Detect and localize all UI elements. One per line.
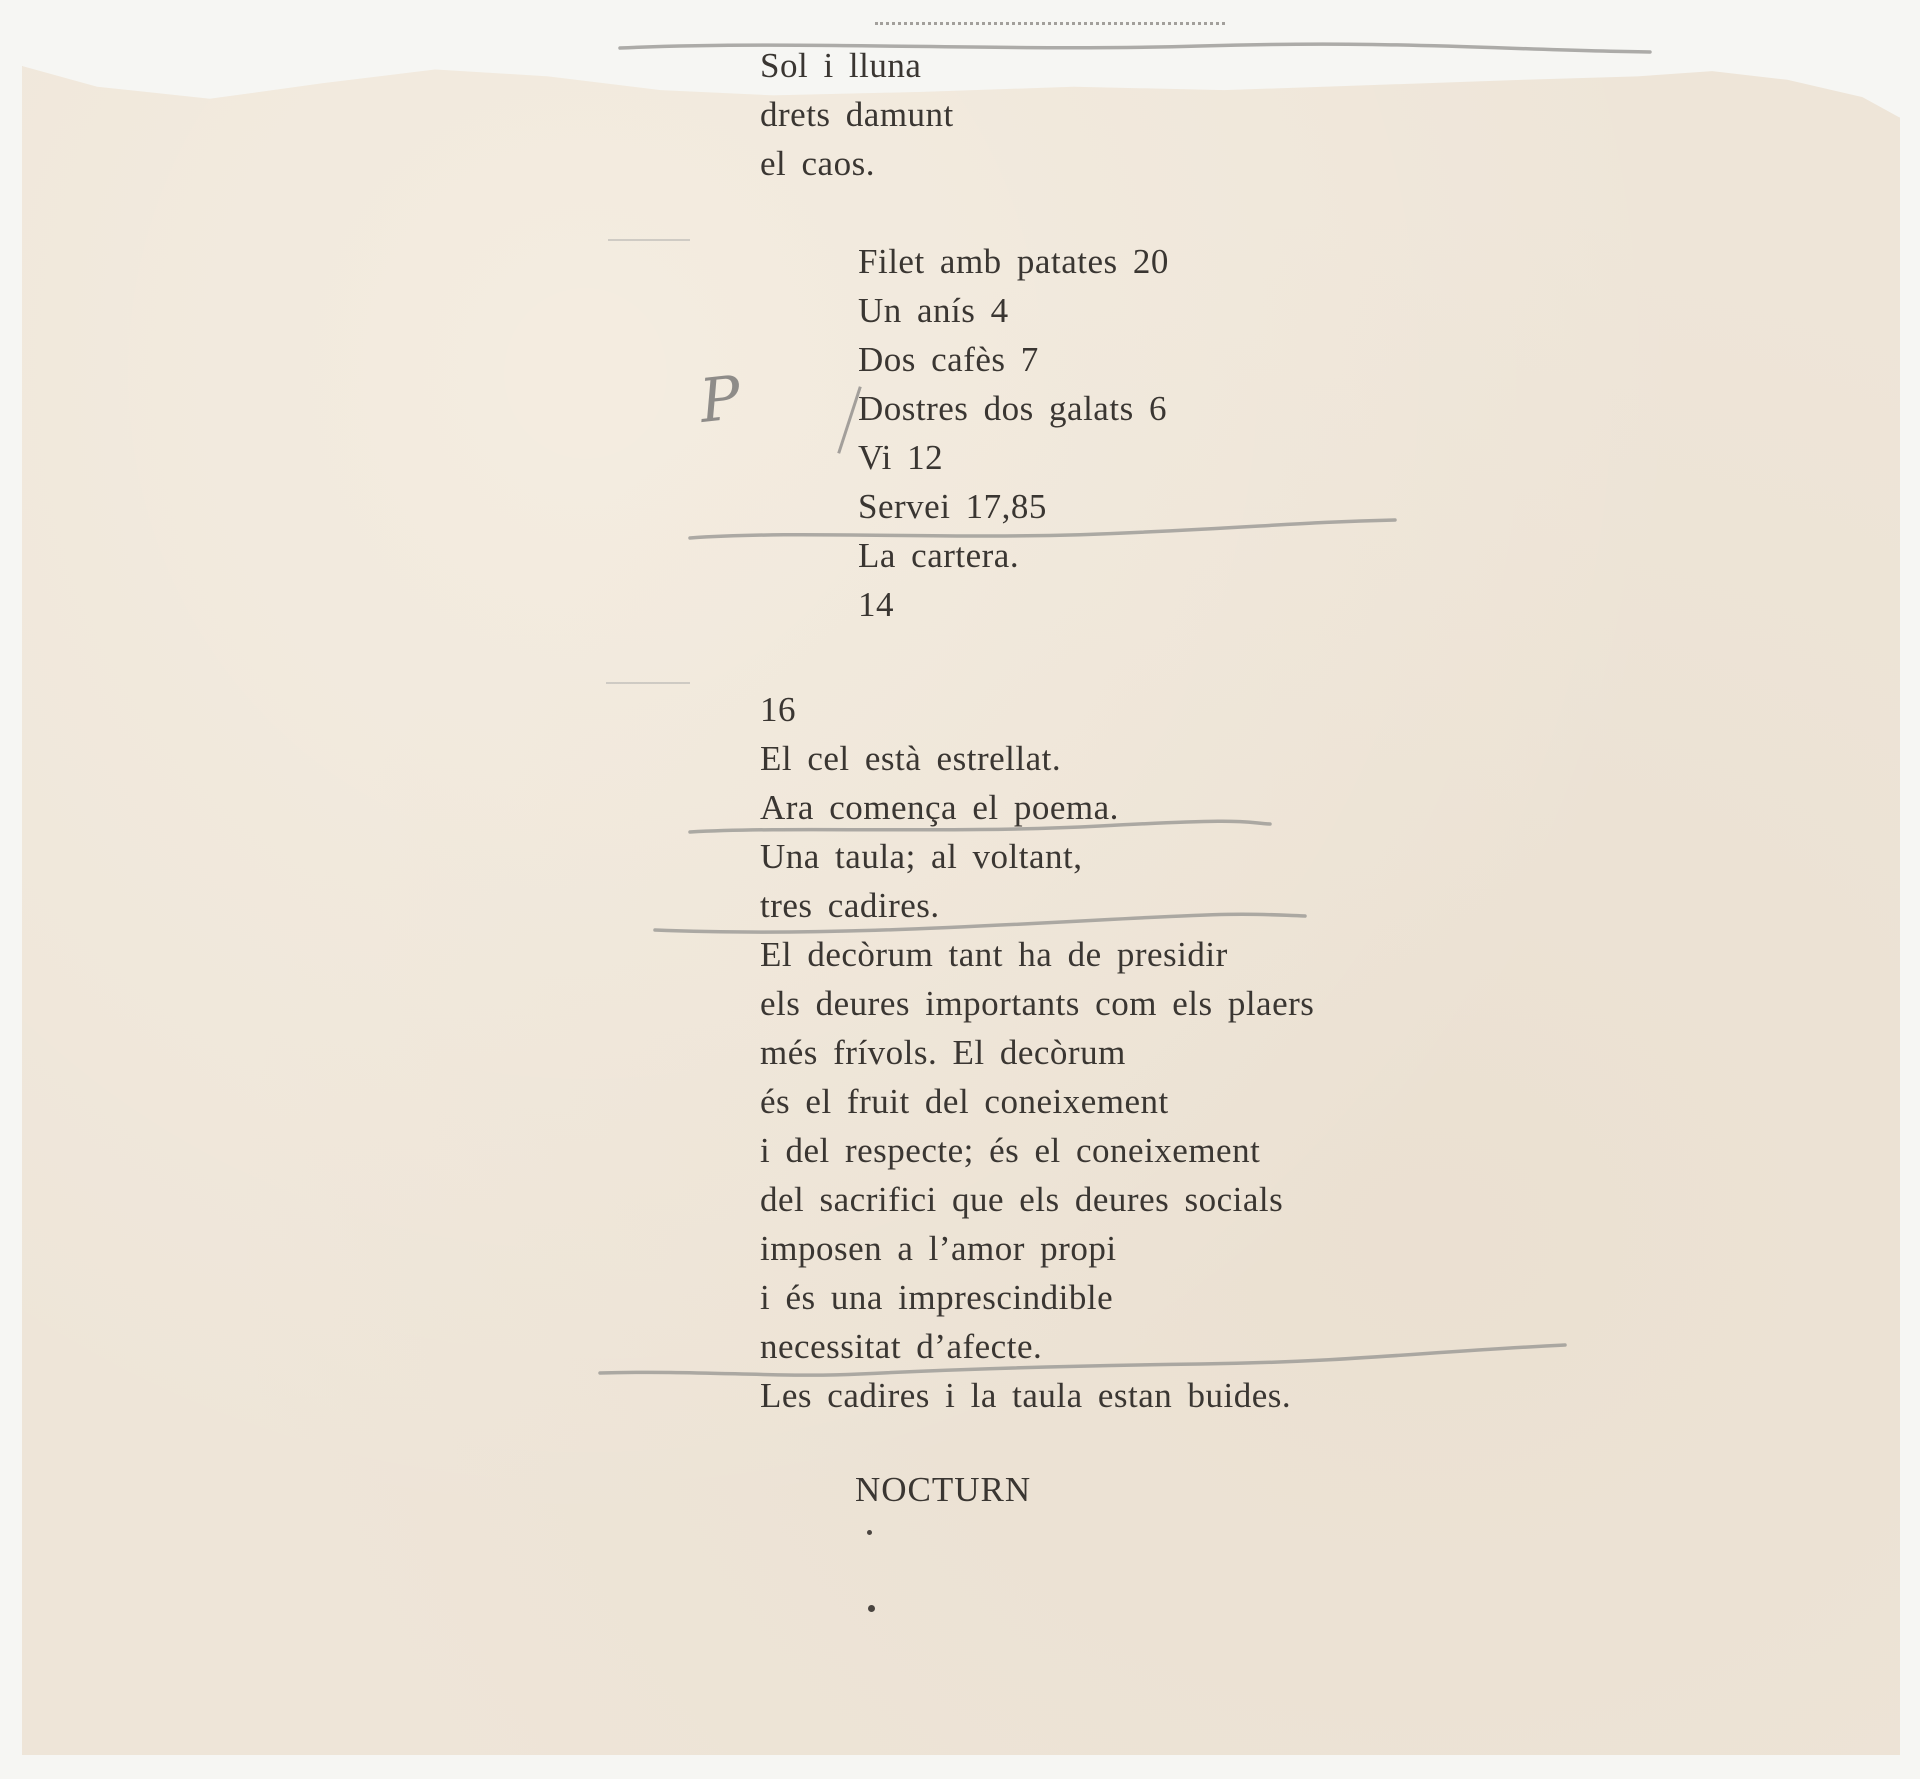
ink-speck (867, 1530, 872, 1535)
pencil-lines (0, 0, 1920, 1779)
pencil-line-afecte (600, 1345, 1565, 1375)
pencil-line-bill (690, 520, 1395, 538)
pencil-line-poema (690, 821, 1270, 832)
next-poem-title: NOCTURN (855, 1470, 1031, 1510)
pencil-line-top (620, 44, 1650, 52)
pencil-line-cadires (655, 914, 1305, 932)
ink-speck (868, 1605, 875, 1612)
